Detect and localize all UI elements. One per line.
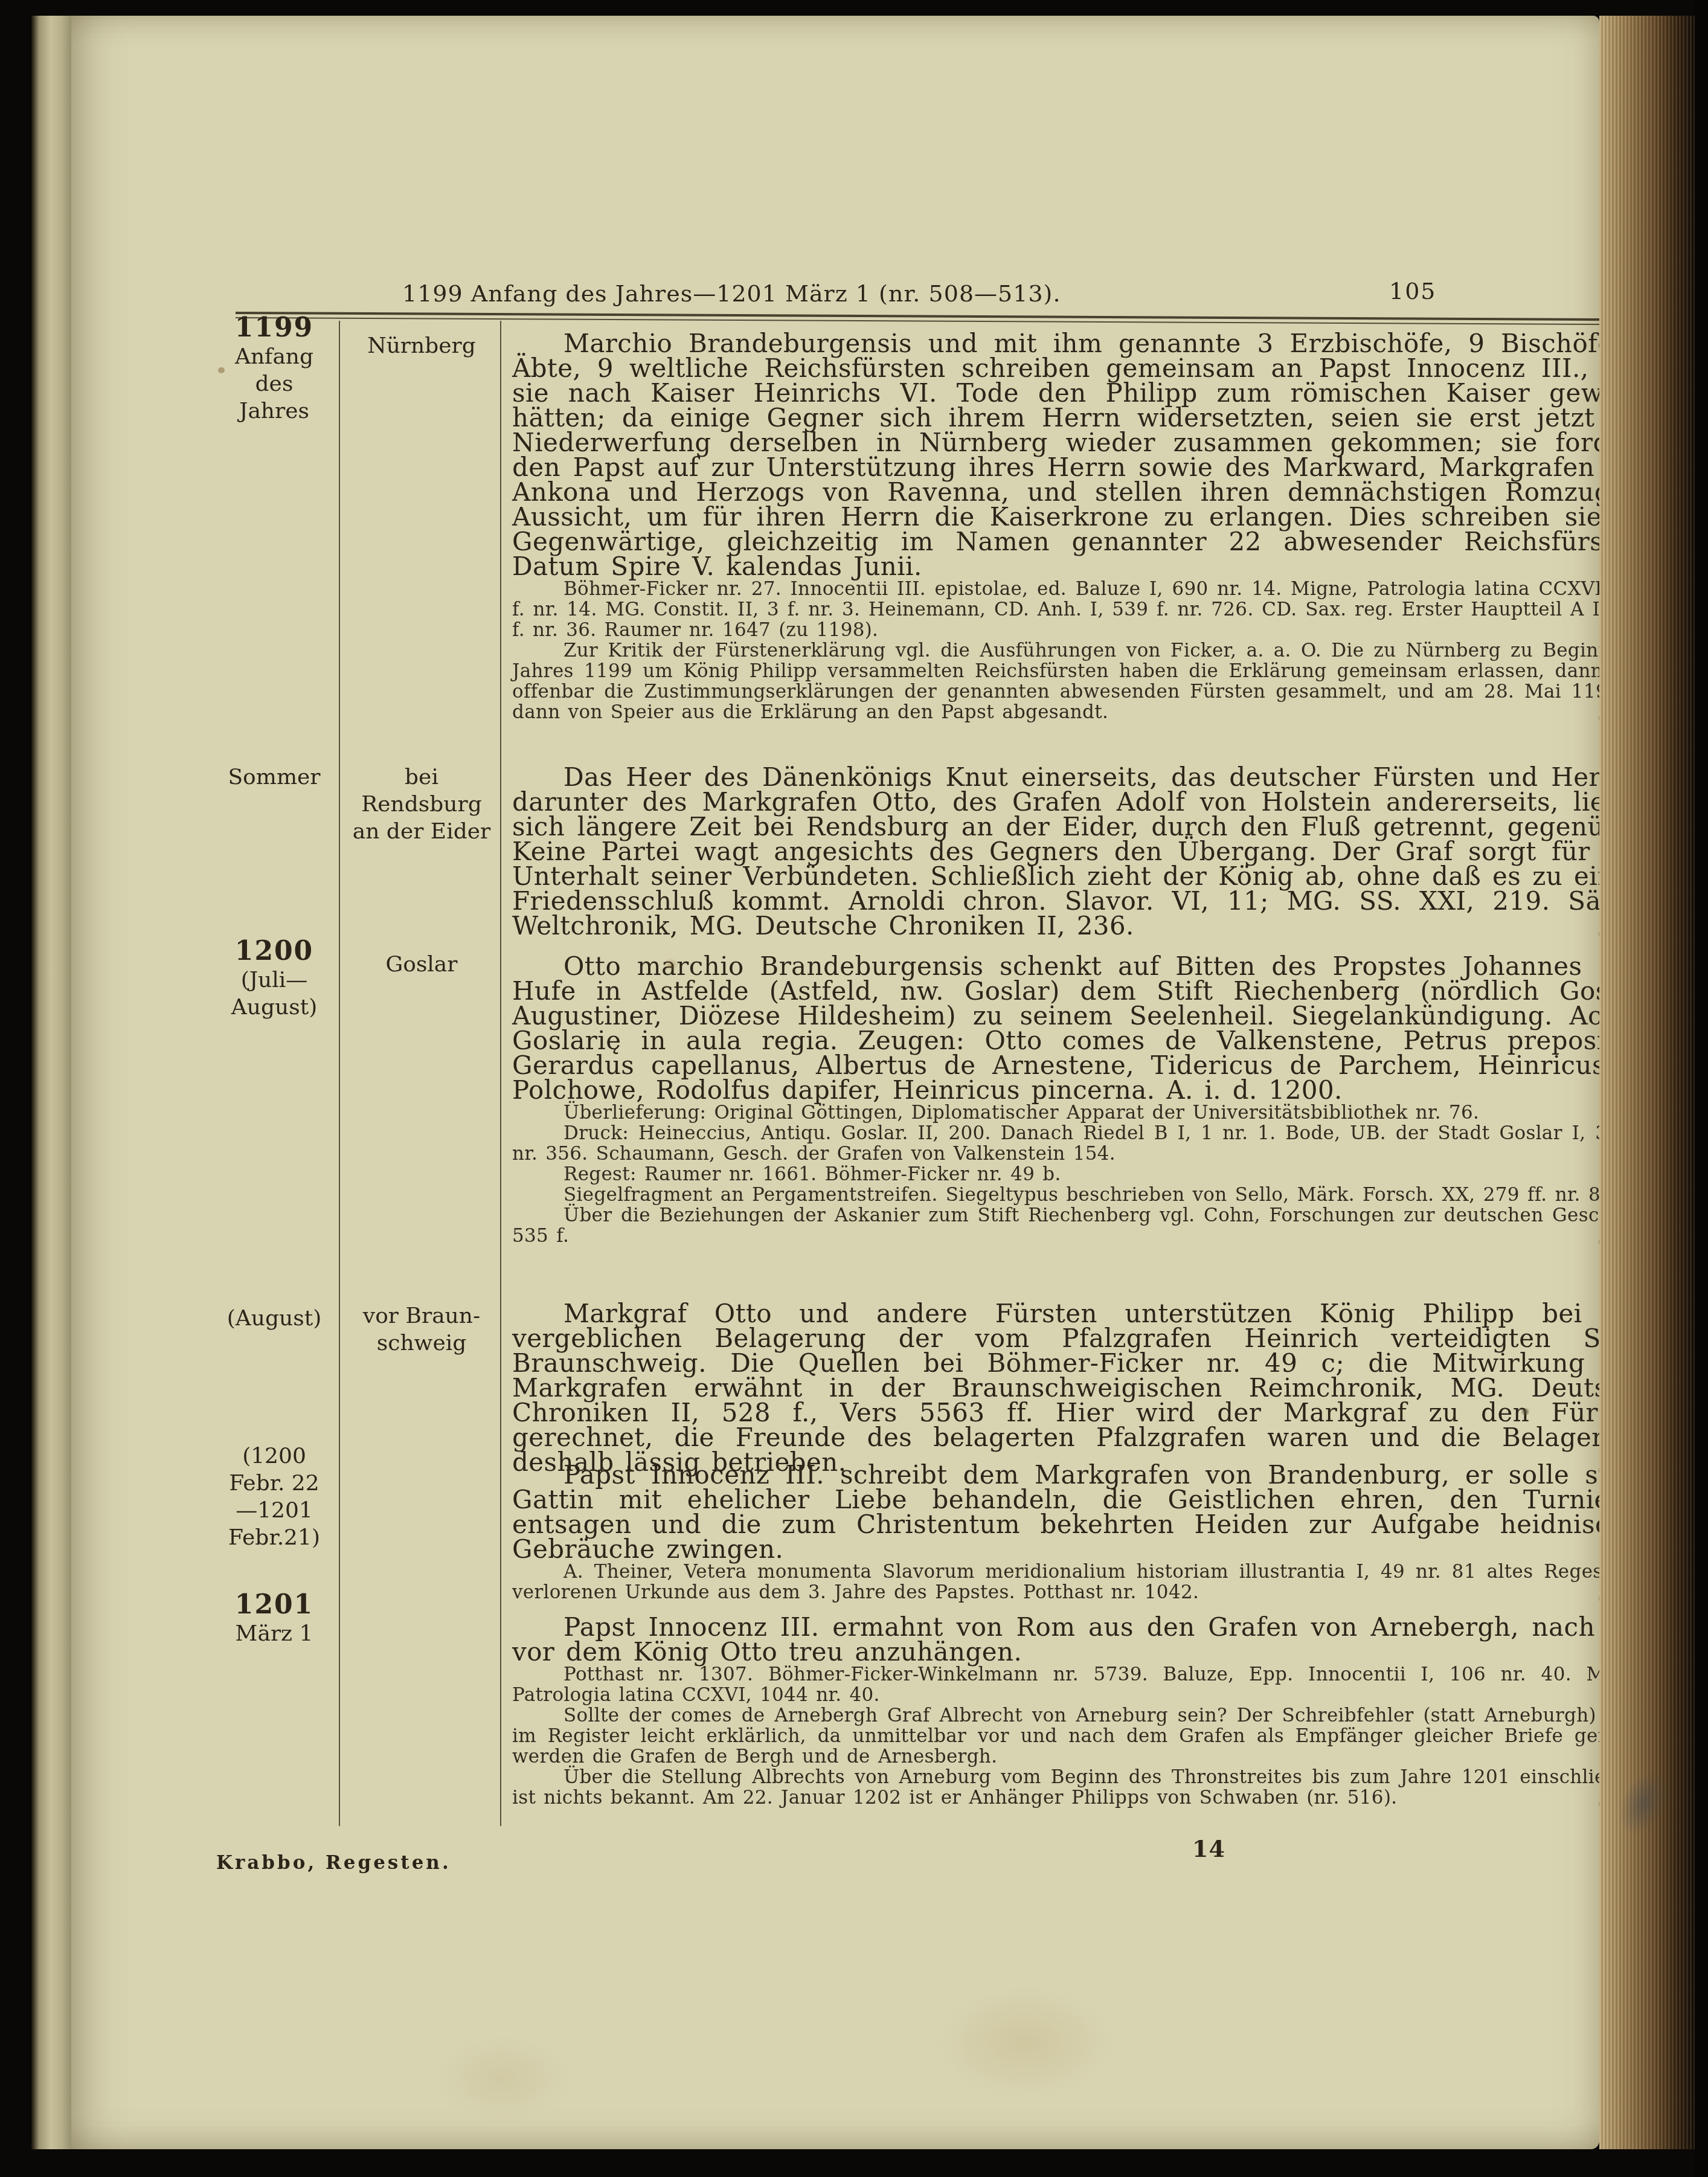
ink-speck bbox=[218, 367, 225, 373]
margin-place-line: an der Eider bbox=[344, 818, 499, 845]
entry-text: Marchio Brandeburgensis und mit ihm gena… bbox=[512, 331, 1654, 579]
margin-date-line: Sommer bbox=[210, 764, 338, 791]
page-number: 105 bbox=[1389, 278, 1437, 304]
entry-note: Potthast nr. 1307. Böhmer-Ficker-Winkelm… bbox=[512, 1664, 1654, 1705]
scan-edge bbox=[1695, 0, 1708, 2177]
margin-date-line: Jahres bbox=[210, 397, 338, 425]
margin-date: Sommer bbox=[210, 764, 338, 791]
entry-note: Böhmer-Ficker nr. 27. Innocentii III. ep… bbox=[512, 579, 1654, 640]
margin-place-line: Goslar bbox=[344, 951, 499, 978]
margin-place: Nürnberg bbox=[344, 332, 499, 359]
previous-page-edge bbox=[31, 16, 75, 2149]
paper-stain bbox=[663, 958, 679, 971]
entry-note: Siegelfragment an Pergamentstreifen. Sie… bbox=[512, 1185, 1654, 1205]
margin-year: 1200 bbox=[210, 936, 338, 966]
entry-text: Das Heer des Dänenkönigs Knut einerseits… bbox=[512, 765, 1654, 938]
margin-date-line: (August) bbox=[210, 1305, 338, 1332]
column-rule-place-text bbox=[500, 321, 501, 1826]
margin-place: bei Rendsburg an der Eider bbox=[344, 764, 499, 845]
entry-note: A. Theiner, Vetera monumenta Slavorum me… bbox=[512, 1561, 1654, 1603]
column-rule-date-place bbox=[339, 321, 340, 1826]
margin-date-line: März 1 bbox=[210, 1620, 338, 1647]
margin-date: (August) bbox=[210, 1305, 338, 1332]
entry-body: Marchio Brandeburgensis und mit ihm gena… bbox=[512, 331, 1654, 722]
margin-date-line: Febr.21) bbox=[210, 1524, 338, 1551]
margin-date-line: —1201 bbox=[210, 1497, 338, 1524]
entry-body: Das Heer des Dänenkönigs Knut einerseits… bbox=[512, 765, 1654, 938]
entry-text: Papst Innocenz III. schreibt dem Markgra… bbox=[512, 1462, 1654, 1561]
header-rule bbox=[236, 312, 1655, 325]
margin-date-line: August) bbox=[210, 994, 338, 1021]
margin-date-line: des bbox=[210, 370, 338, 397]
margin-place-line: bei Rendsburg bbox=[344, 764, 499, 818]
margin-date: (1200 Febr. 22 —1201 Febr.21) bbox=[210, 1442, 338, 1551]
margin-date: 1200 (Juli— August) bbox=[210, 936, 338, 1021]
entry-note: Über die Stellung Albrechts von Arneburg… bbox=[512, 1767, 1654, 1808]
paper-stain bbox=[434, 2033, 573, 2124]
entry-note: Sollte der comes de Arnebergh Graf Albre… bbox=[512, 1705, 1654, 1767]
entry-note: Überlieferung: Original Göttingen, Diplo… bbox=[512, 1102, 1654, 1123]
entry-note: Regest: Raumer nr. 1661. Böhmer-Ficker n… bbox=[512, 1164, 1654, 1185]
margin-date-line: (1200 bbox=[210, 1442, 338, 1470]
margin-date-line: (Juli— bbox=[210, 966, 338, 994]
margin-date-line: Febr. 22 bbox=[210, 1470, 338, 1497]
margin-place: vor Braun- schweig bbox=[344, 1302, 499, 1357]
margin-year: 1199 bbox=[210, 313, 338, 343]
margin-year: 1201 bbox=[210, 1590, 338, 1620]
footer-book-title: Krabbo, Regesten. bbox=[216, 1852, 451, 1874]
margin-date-line: Anfang bbox=[210, 343, 338, 370]
sheet-signature: 14 bbox=[1192, 1835, 1225, 1862]
entry-note: Zur Kritik der Fürstenerklärung vgl. die… bbox=[512, 640, 1654, 722]
paper-stain bbox=[935, 1985, 1116, 2100]
margin-place-line: schweig bbox=[344, 1330, 499, 1357]
margin-date: 1199 Anfang des Jahres bbox=[210, 313, 338, 425]
entry-body: Otto marchio Brandeburgensis schenkt auf… bbox=[512, 954, 1654, 1246]
book-page: 1199 Anfang des Jahres—1201 März 1 (nr. … bbox=[71, 16, 1599, 2149]
margin-place-line: vor Braun- bbox=[344, 1302, 499, 1330]
entry-note: Druck: Heineccius, Antiqu. Goslar. II, 2… bbox=[512, 1123, 1654, 1164]
running-header-title: 1199 Anfang des Jahres—1201 März 1 (nr. … bbox=[402, 280, 1061, 307]
margin-place-line: Nürnberg bbox=[344, 332, 499, 359]
entry-body: Markgraf Otto und andere Fürsten unterst… bbox=[512, 1301, 1654, 1474]
scanned-book-page: { "colors": { "paper": "#d8d4b2", "ink":… bbox=[0, 0, 1708, 2177]
margin-place: Goslar bbox=[344, 951, 499, 978]
entry-text: Otto marchio Brandeburgensis schenkt auf… bbox=[512, 954, 1654, 1102]
entry-body: Papst Innocenz III. schreibt dem Markgra… bbox=[512, 1462, 1654, 1603]
ink-speck bbox=[1521, 1407, 1530, 1416]
margin-date: 1201 März 1 bbox=[210, 1590, 338, 1647]
entry-body: Papst Innocenz III. ermahnt von Rom aus … bbox=[512, 1615, 1654, 1808]
entry-note: Über die Beziehungen der Askanier zum St… bbox=[512, 1205, 1654, 1246]
entry-text: Markgraf Otto und andere Fürsten unterst… bbox=[512, 1301, 1654, 1474]
entry-text: Papst Innocenz III. ermahnt von Rom aus … bbox=[512, 1615, 1654, 1664]
